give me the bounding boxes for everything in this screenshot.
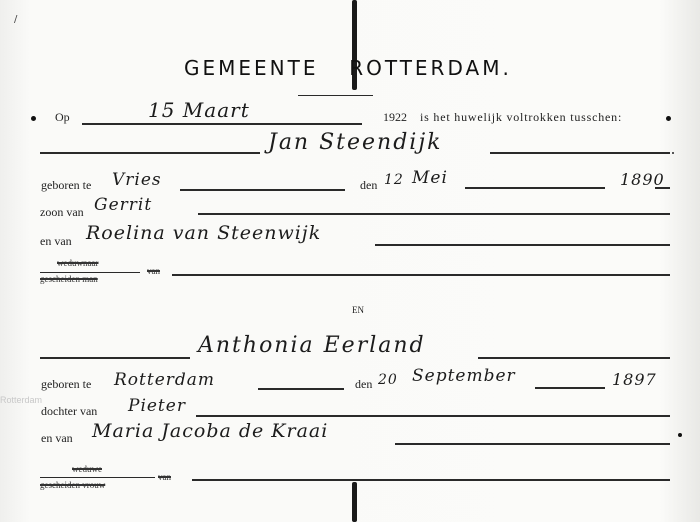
widower-label: weduwnaar <box>57 258 98 268</box>
groom-father: Gerrit <box>94 195 152 215</box>
bride-mother-line <box>395 443 670 445</box>
groom-born-place: Vries <box>112 170 162 190</box>
bullet-right <box>666 116 671 121</box>
margin-stamp: Rotterdam <box>0 395 42 405</box>
bride-name-line-right <box>478 357 670 359</box>
bride-father: Pieter <box>128 396 186 416</box>
bride-mother: Maria Jacoba de Kraai <box>92 420 328 442</box>
groom-born-place-line <box>180 189 345 191</box>
groom-born-month-line <box>465 187 605 189</box>
bullet-left <box>31 116 36 121</box>
groom-name-line-left <box>40 152 260 154</box>
groom-born-day: 12 <box>384 172 404 188</box>
bride-born-month: September <box>412 366 516 386</box>
marriage-year: 1922 <box>383 110 407 125</box>
fold-crease-bottom <box>352 482 357 522</box>
title-right: ROTTERDAM. <box>349 56 512 80</box>
groom-mother-label: en van <box>40 234 72 249</box>
groom-mother-line <box>375 244 670 246</box>
groom-name: Jan Steendijk <box>268 130 443 155</box>
bride-mother-label: en van <box>41 431 73 446</box>
bride-name-line-left <box>40 357 190 359</box>
groom-born-month: Mei <box>412 168 448 188</box>
bride-born-month-line <box>535 387 605 389</box>
bride-previous-spouse-label: van <box>158 472 171 482</box>
document-title: GEMEENTE ROTTERDAM. <box>184 56 512 80</box>
widow-label: weduwe <box>72 464 102 474</box>
groom-name-line-right <box>490 152 670 154</box>
divorced-man-label: gescheiden man <box>40 274 98 284</box>
bride-born-place: Rotterdam <box>114 370 215 390</box>
separator-en: EN <box>352 305 364 315</box>
bride-name: Anthonia Eerland <box>198 333 426 358</box>
bride-father-line <box>196 415 670 417</box>
bride-previous-spouse-line <box>192 479 670 481</box>
groom-father-label: zoon van <box>40 205 84 220</box>
line-end-tick <box>672 152 674 154</box>
divorced-woman-label: gescheiden vrouw <box>40 480 105 490</box>
marriage-record-page: / GEMEENTE ROTTERDAM. Op 15 Maart 1922 i… <box>0 0 700 522</box>
bullet-right-lower <box>678 433 682 437</box>
groom-date-label: den <box>360 178 377 193</box>
groom-previous-spouse-line <box>172 274 670 276</box>
title-left: GEMEENTE <box>184 56 318 80</box>
bride-born-year: 1897 <box>612 370 657 389</box>
marriage-date: 15 Maart <box>148 98 250 122</box>
groom-previous-spouse-label: van <box>147 266 160 276</box>
bride-born-place-line <box>258 388 344 390</box>
bride-father-label: dochter van <box>41 404 97 419</box>
groom-born-label: geboren te <box>41 178 91 193</box>
intro-text: is het huwelijk voltrokken tusschen: <box>420 110 622 125</box>
fraction-line <box>40 477 155 478</box>
fraction-line <box>40 272 140 273</box>
bride-born-label: geboren te <box>41 377 91 392</box>
intro-prefix: Op <box>55 110 70 125</box>
bride-date-label: den <box>355 377 372 392</box>
groom-mother: Roelina van Steenwijk <box>86 222 321 244</box>
date-field-line <box>82 123 362 125</box>
line-end <box>655 187 670 189</box>
title-underline <box>298 95 373 96</box>
groom-father-line <box>198 213 670 215</box>
corner-mark: / <box>14 14 17 25</box>
bride-born-day: 20 <box>378 372 398 388</box>
